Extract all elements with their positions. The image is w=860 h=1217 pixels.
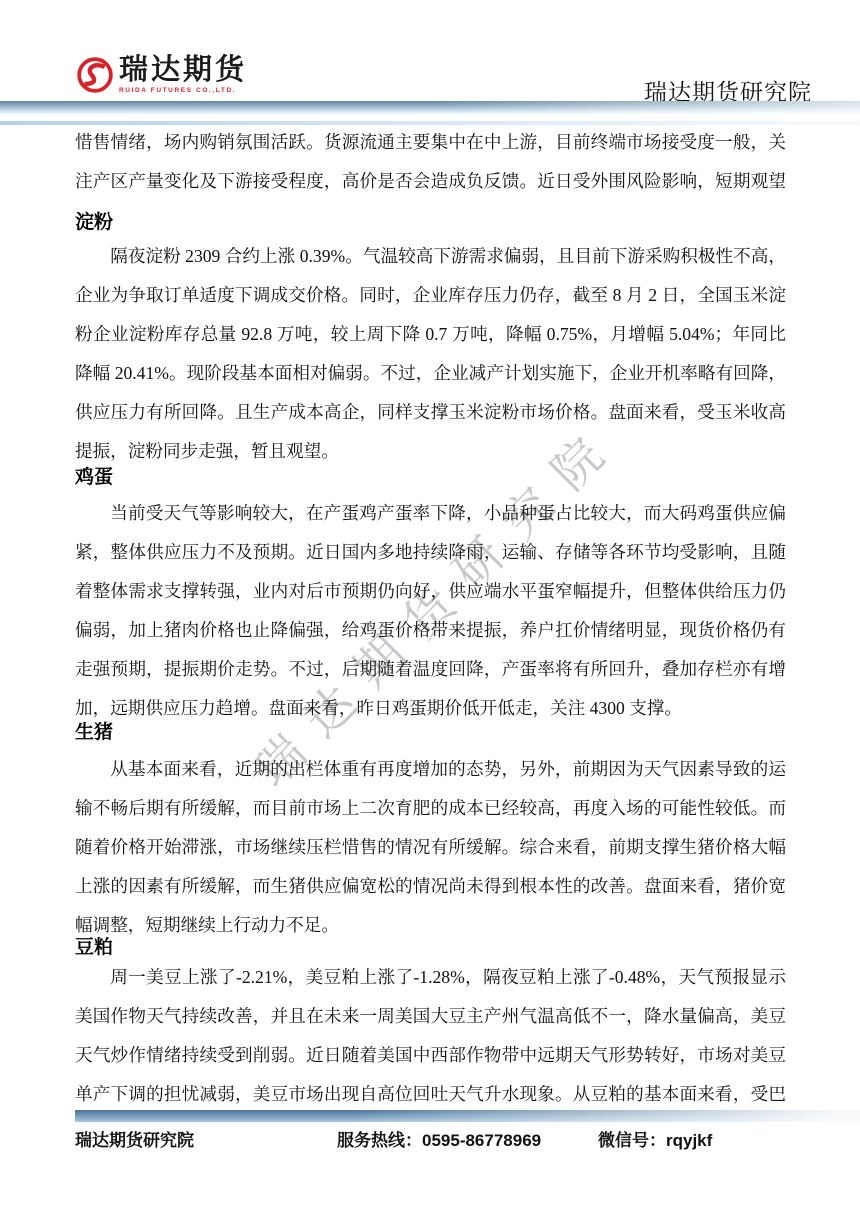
footer-wechat-id: rqyjkf: [666, 1131, 712, 1150]
section-title-starch: 淀粉: [75, 213, 113, 232]
section-title-soymeal: 豆粕: [75, 938, 113, 957]
section-body-starch: 隔夜淀粉 2309 合约上涨 0.39%。气温较高下游需求偏弱，且目前下游采购积…: [75, 237, 786, 471]
header-logo: 瑞达期货 RUIDA FUTURES CO.,LTD.: [76, 54, 247, 94]
footer-hotline-label: 服务热线：: [337, 1131, 422, 1150]
brand-subtitle: RUIDA FUTURES CO.,LTD.: [119, 87, 247, 94]
footer-hotline: 服务热线：0595-86778969: [337, 1126, 541, 1151]
brand-name: 瑞达期货: [119, 54, 247, 86]
section-body-soymeal: 周一美豆上涨了-2.21%，美豆粕上涨了-1.28%，隔夜豆粕上涨了-0.48%…: [75, 958, 786, 1114]
intro-paragraph: 惜售情绪，场内购销氛围活跃。货源流通主要集中在中上游，目前终端市场接受度一般，关…: [75, 123, 786, 201]
header-divider-bar: [0, 101, 860, 114]
section-title-hogs: 生猪: [75, 723, 113, 742]
section-body-hogs: 从基本面来看，近期的出栏体重有再度增加的态势，另外，前期因为天气因素导致的运输不…: [75, 750, 786, 945]
brand-block: 瑞达期货 RUIDA FUTURES CO.,LTD.: [119, 54, 247, 94]
section-body-eggs: 当前受天气等影响较大，在产蛋鸡产蛋率下降，小品种蛋占比较大，而大码鸡蛋供应偏紧，…: [75, 494, 786, 728]
footer-hotline-number: 0595-86778969: [422, 1131, 541, 1150]
ruida-logo-icon: [76, 56, 114, 94]
section-title-eggs: 鸡蛋: [75, 468, 113, 487]
footer-institute: 瑞达期货研究院: [75, 1126, 194, 1151]
report-page: 瑞达期货 RUIDA FUTURES CO.,LTD. 瑞达期货研究院 瑞达期货…: [0, 0, 860, 1217]
footer-wechat-label: 微信号：: [598, 1131, 666, 1150]
footer-wechat: 微信号：rqyjkf: [598, 1126, 712, 1151]
